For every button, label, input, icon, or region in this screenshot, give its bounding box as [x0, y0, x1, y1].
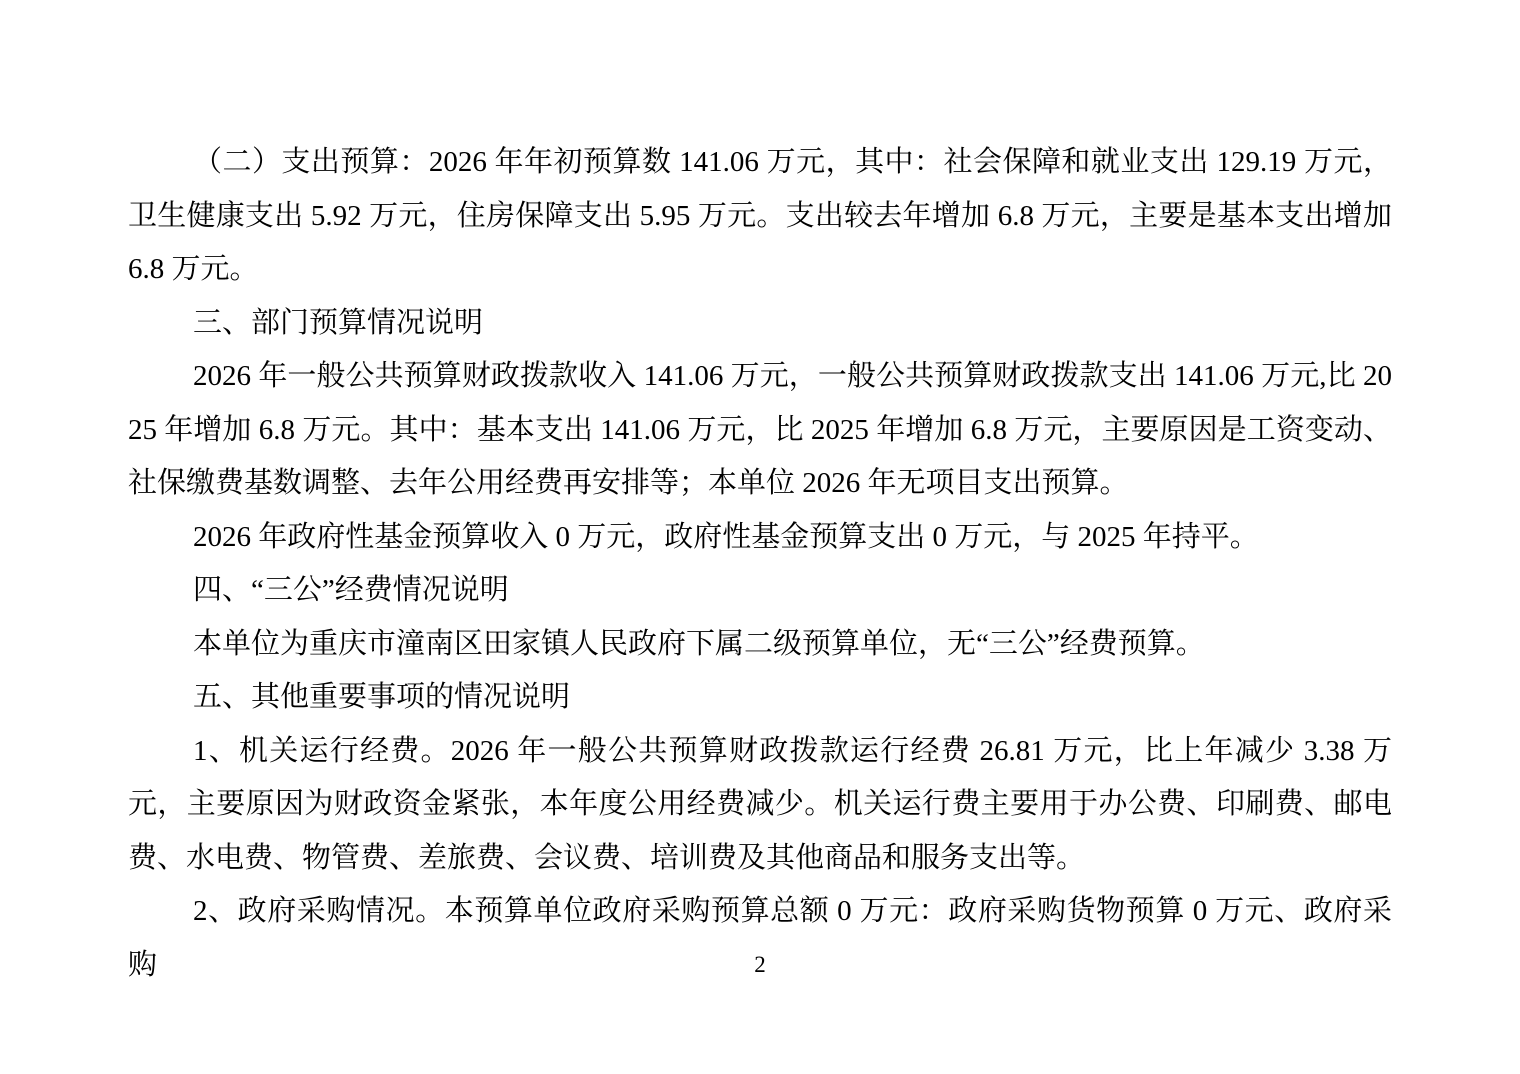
paragraph-expenditure-budget: （二）支出预算：2026 年年初预算数 141.06 万元，其中：社会保障和就业…: [128, 136, 1392, 297]
page-footer: 2: [0, 952, 1520, 978]
heading-section-3-department-budget: 三、部门预算情况说明: [128, 297, 1392, 351]
page-number: 2: [754, 952, 766, 977]
paragraph-agency-operating-expenses: 1、机关运行经费。2026 年一般公共预算财政拨款运行经费 26.81 万元，比…: [128, 725, 1392, 886]
paragraph-government-fund-budget: 2026 年政府性基金预算收入 0 万元，政府性基金预算支出 0 万元，与 20…: [128, 511, 1392, 565]
document-body: （二）支出预算：2026 年年初预算数 141.06 万元，其中：社会保障和就业…: [128, 136, 1392, 992]
paragraph-three-public-expenses: 本单位为重庆市潼南区田家镇人民政府下属二级预算单位，无“三公”经费预算。: [128, 618, 1392, 672]
paragraph-general-public-budget: 2026 年一般公共预算财政拨款收入 141.06 万元，一般公共预算财政拨款支…: [128, 350, 1392, 511]
heading-section-4-three-public-expenses: 四、“三公”经费情况说明: [128, 564, 1392, 618]
heading-section-5-other-important-matters: 五、其他重要事项的情况说明: [128, 671, 1392, 725]
